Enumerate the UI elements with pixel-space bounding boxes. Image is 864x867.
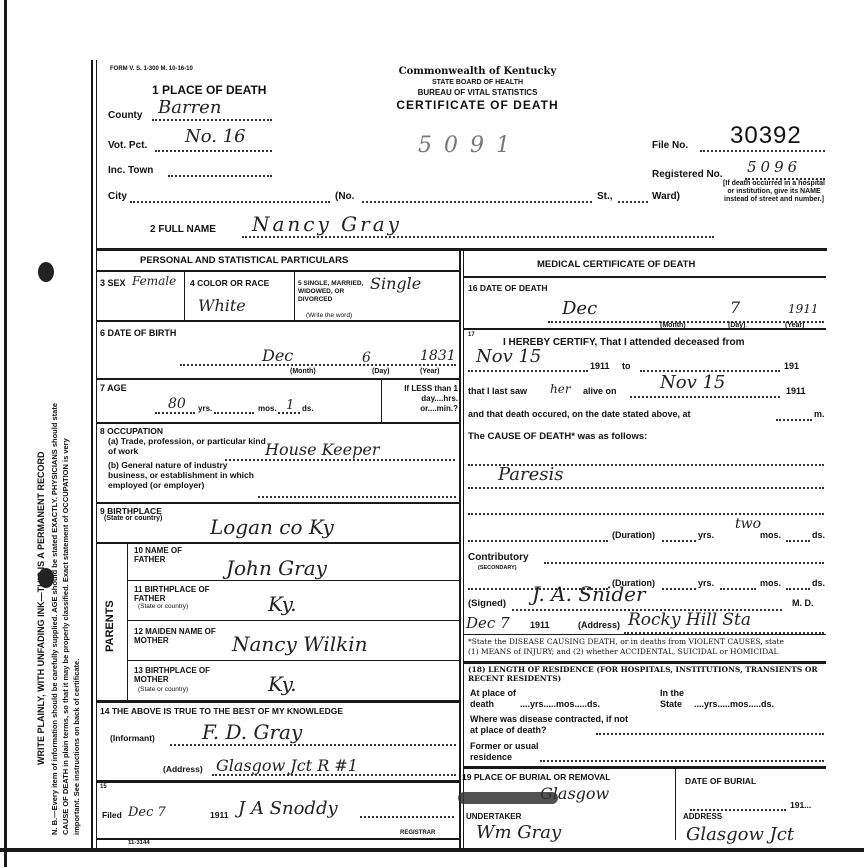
- contributory-label: Contributory: [468, 552, 529, 563]
- commonwealth-heading: Commonwealth of Kentucky: [380, 66, 575, 77]
- form-bottom-border: [0, 848, 864, 852]
- vot-pct-field[interactable]: No. 16: [155, 134, 272, 152]
- left-edge-line: [4, 0, 7, 867]
- parents-bottom-rule: [97, 700, 459, 703]
- cause-duration-label: (Duration): [612, 530, 655, 540]
- age-yrs-label: yrs.: [198, 404, 212, 413]
- vot-pct-label: Vot. Pct.: [108, 140, 147, 151]
- dob-field[interactable]: [180, 360, 456, 366]
- inc-town-field[interactable]: [168, 165, 272, 177]
- age-mos-field[interactable]: [214, 408, 254, 414]
- registered-no-value: 5096: [747, 158, 801, 176]
- dob-day-caption: (Day): [372, 368, 390, 375]
- medical-address-label: (Address): [578, 620, 620, 630]
- personal-heading: PERSONAL AND STATISTICAL PARTICULARS: [140, 255, 348, 266]
- filed-label: Filed: [102, 810, 122, 820]
- age-ds-label: ds.: [302, 404, 314, 413]
- contributory-yrs-field[interactable]: [662, 584, 696, 590]
- county-value: Barren: [158, 97, 221, 118]
- mother-name-rule: [128, 660, 459, 661]
- occupation-value: House Keeper: [265, 440, 379, 459]
- cause-duration-mos-label: mos.: [760, 530, 781, 540]
- undertaker-label: UNDERTAKER: [466, 812, 521, 821]
- header-state: Commonwealth of Kentucky STATE BOARD OF …: [380, 66, 575, 112]
- vot-pct-value: No. 16: [185, 126, 246, 147]
- marital-label: 5 SINGLE, MARRIED, WIDOWED, OR DIVORCED: [298, 280, 368, 304]
- full-name-value: Nancy Gray: [252, 212, 402, 236]
- column-divider-inner: [463, 251, 464, 848]
- registered-no-field[interactable]: 5096: [745, 164, 825, 180]
- dob-day: 6: [362, 350, 371, 366]
- burial-address-label: ADDRESS: [683, 812, 722, 821]
- in-state-units: ....yrs.....mos.....ds.: [694, 699, 774, 709]
- file-no-field[interactable]: 30392: [700, 130, 825, 152]
- cause-duration-ds-field[interactable]: [786, 536, 810, 542]
- informant-value: F. D. Gray: [202, 720, 302, 744]
- undertaker-value[interactable]: Wm Gray: [476, 822, 561, 843]
- burial-date-label: DATE OF BURIAL: [685, 776, 756, 786]
- occupation-row-rule: [97, 502, 459, 504]
- footnote-line-1: *State the DISEASE CAUSING DEATH, or in …: [468, 637, 784, 647]
- cause-heading: The CAUSE OF DEATH* was as follows:: [468, 431, 647, 442]
- father-name-label: 10 NAME OF FATHER: [134, 546, 204, 564]
- contributory-mos-field[interactable]: [720, 584, 756, 590]
- margin-note-line2: CAUSE OF DEATH in plain terms, so that i…: [61, 438, 70, 835]
- last-saw-date-value: Nov 15: [660, 372, 725, 393]
- registrar-label: REGISTRAR: [400, 830, 435, 836]
- street-label: St.,: [597, 191, 613, 202]
- hospital-note: [If death occurred in a hospital or inst…: [720, 180, 828, 204]
- form-left-border-inner: [96, 60, 97, 850]
- signed-bottom-rule: [464, 634, 826, 635]
- burial-place-label: 19 PLACE OF BURIAL OR REMOVAL: [462, 772, 610, 782]
- signed-label: (Signed): [468, 598, 506, 609]
- age-ds-value: 1: [286, 398, 294, 413]
- color-label: 4 COLOR OR RACE: [190, 278, 269, 288]
- age-yrs-value: 80: [168, 396, 186, 412]
- cause-duration-ds-label: ds.: [812, 530, 825, 540]
- city-label: City: [108, 191, 127, 202]
- margin-note-line1: N. B.—Every item of information should b…: [50, 403, 59, 835]
- file-no-value: 30392: [730, 122, 802, 149]
- cause-duration-yrs-field[interactable]: [662, 536, 696, 542]
- punch-hole: [38, 568, 54, 588]
- certify-number: 17: [468, 332, 475, 338]
- informant-address-label: (Address): [163, 764, 203, 774]
- death-time-field[interactable]: [776, 415, 812, 421]
- secondary-label: (SECONDARY): [478, 565, 517, 571]
- registrar-signature[interactable]: J A Snoddy: [238, 798, 338, 819]
- color-value[interactable]: White: [198, 296, 246, 315]
- margin-note-line3: important. See instructions on back of c…: [72, 659, 81, 835]
- alive-on-label: alive on: [583, 386, 617, 396]
- dob-year: 1831: [420, 348, 456, 364]
- father-birthplace-hint: (State or country): [138, 603, 188, 610]
- full-name-label: 2 FULL NAME: [150, 224, 216, 235]
- last-saw-year: 1911: [786, 386, 806, 396]
- date-of-death-label: 16 DATE OF DEATH: [468, 283, 548, 293]
- former-residence-field[interactable]: [540, 756, 824, 762]
- at-place-units: ....yrs.....mos.....ds.: [520, 699, 600, 709]
- contributory-mos-label: mos.: [760, 578, 781, 588]
- cause-duration-mos-value[interactable]: two: [735, 516, 761, 532]
- name-divider: [97, 248, 827, 251]
- city-field[interactable]: [130, 191, 330, 203]
- medical-heading: MEDICAL CERTIFICATE OF DEATH: [537, 259, 695, 270]
- signed-year: 1911: [530, 620, 550, 630]
- ward-field[interactable]: [618, 191, 648, 203]
- board-of-health: STATE BOARD OF HEALTH: [380, 79, 575, 86]
- place-of-death-heading: 1 PLACE OF DEATH: [152, 83, 266, 97]
- informant-label: (Informant): [110, 733, 155, 743]
- contributory-ds-field[interactable]: [786, 584, 810, 590]
- bureau-vital-statistics: BUREAU OF VITAL STATISTICS: [380, 88, 575, 97]
- medical-address-value: Rocky Hill Sta: [628, 610, 751, 630]
- dob-month-caption: (Month): [290, 368, 316, 375]
- contributory-ds-label: ds.: [812, 578, 825, 588]
- to-label: to: [622, 361, 631, 371]
- burial-date-year: 191...: [790, 800, 811, 810]
- contributory-yrs-label: yrs.: [698, 578, 714, 588]
- sex-value[interactable]: Female: [132, 274, 176, 288]
- column-divider: [459, 251, 461, 848]
- md-label: M. D.: [792, 598, 814, 608]
- mother-name-value[interactable]: Nancy Wilkin: [232, 632, 368, 656]
- residence-heading: (18) LENGTH OF RESIDENCE (FOR HOSPITALS,…: [468, 665, 824, 683]
- less-than-label: If LESS than 1 day....hrs. or....min.?: [386, 384, 458, 414]
- cause-footnote: *State the DISEASE CAUSING DEATH, or in …: [468, 637, 784, 657]
- mother-birthplace-value[interactable]: Ky.: [268, 672, 297, 696]
- inc-town-label: Inc. Town: [108, 165, 153, 176]
- attended-to-year: 191: [784, 361, 799, 371]
- informant-address-value: Glasgow Jct R #1: [216, 756, 358, 775]
- birthplace-value[interactable]: Logan co Ky: [210, 515, 334, 539]
- dod-year: 1911: [788, 302, 819, 316]
- parents-side-divider: [127, 544, 128, 700]
- burial-smudge: [458, 792, 558, 804]
- dob-label: 6 DATE OF BIRTH: [100, 328, 176, 338]
- mother-birthplace-hint: (State or country): [138, 686, 188, 693]
- father-name-rule: [128, 580, 459, 581]
- age-label: 7 AGE: [100, 383, 127, 393]
- dob-year-caption: (Year): [420, 368, 439, 375]
- occupation-label: 8 OCCUPATION: [100, 426, 163, 436]
- burial-date-field[interactable]: [690, 805, 786, 811]
- age-row-rule: [97, 422, 459, 424]
- file-no-label: File No.: [652, 140, 688, 151]
- father-birthplace-value[interactable]: Ky.: [268, 592, 297, 616]
- county-field[interactable]: Barren: [152, 103, 272, 121]
- cause-line-3[interactable]: [468, 509, 824, 515]
- dod-row-rule: [464, 328, 826, 330]
- father-name-value[interactable]: John Gray: [226, 556, 327, 580]
- dod-day: 7: [730, 298, 740, 317]
- residence-bottom-rule: [464, 766, 826, 769]
- certificate-title: CERTIFICATE OF DEATH: [380, 98, 575, 112]
- birthplace-hint: (State or country): [104, 515, 162, 522]
- marital-value[interactable]: Single: [370, 274, 421, 293]
- informant-statement: 14 THE ABOVE IS TRUE TO THE BEST OF MY K…: [100, 706, 343, 716]
- mother-birthplace-label: 13 BIRTHPLACE OF MOTHER: [134, 666, 224, 684]
- signed-value: J. A. Snider: [532, 582, 646, 606]
- signed-date[interactable]: Dec 7: [466, 614, 510, 632]
- footnote-line-2: (1) MEANS of INJURY; and (2) whether ACC…: [468, 647, 784, 657]
- dod-month: Dec: [562, 298, 597, 319]
- age-mos-label: mos.: [258, 404, 277, 413]
- footer-code: 11-3144: [128, 840, 150, 846]
- contracted-field[interactable]: [596, 729, 824, 735]
- filed-year: 1911: [210, 810, 228, 820]
- parents-side-label: PARENTS: [104, 600, 116, 652]
- street-no-label: (No.: [335, 191, 354, 202]
- stamp-number: 5091: [418, 133, 522, 158]
- at-place-label: At place of death: [470, 688, 520, 710]
- burial-date-divider: [675, 768, 676, 840]
- m-label: m.: [814, 409, 825, 419]
- filed-date[interactable]: Dec 7: [128, 805, 166, 820]
- cause-duration-yrs-label: yrs.: [698, 530, 714, 540]
- punch-hole: [38, 262, 54, 282]
- occupation-b-field[interactable]: [258, 492, 456, 498]
- county-label: County: [108, 110, 142, 121]
- occupation-b-label: (b) General nature of industry business,…: [108, 460, 266, 490]
- father-birthplace-label: 11 BIRTHPLACE OF FATHER: [134, 585, 224, 603]
- dob-month: Dec: [262, 346, 293, 365]
- mother-name-label: 12 MAIDEN NAME OF MOTHER: [134, 627, 224, 645]
- filed-number: 15: [100, 784, 107, 790]
- father-birthplace-rule: [128, 620, 459, 621]
- full-name-field[interactable]: Nancy Gray: [242, 222, 714, 238]
- occupation-a-label: (a) Trade, profession, or particular kin…: [108, 436, 268, 456]
- sex-label: 3 SEX: [100, 278, 126, 288]
- color-marital-divider: [294, 272, 295, 320]
- form-left-border: [91, 60, 93, 850]
- filed-bottom-rule: [97, 838, 459, 840]
- medical-heading-rule: [464, 276, 826, 278]
- form-number: FORM V. S. 1-300 M. 10-16-10: [110, 66, 193, 72]
- birthplace-row-rule: [97, 542, 459, 544]
- dob-row-rule: [97, 378, 459, 380]
- margin-permanent-record-text: WRITE PLAINLY, WITH UNFADING INK—THIS IS…: [36, 451, 46, 765]
- attended-from-year: 1911: [590, 361, 610, 371]
- sex-row-rule: [97, 320, 459, 322]
- street-field[interactable]: [362, 191, 592, 203]
- registered-no-label: Registered No.: [652, 169, 723, 180]
- sex-color-divider: [184, 272, 185, 320]
- cause-value: Paresis: [498, 464, 564, 485]
- registrar-field: [360, 812, 454, 818]
- age-less-divider: [381, 380, 382, 422]
- ward-label: Ward): [652, 191, 680, 202]
- last-saw-pronoun[interactable]: her: [550, 382, 571, 396]
- personal-heading-rule: [97, 270, 459, 272]
- attended-from-value: Nov 15: [476, 346, 541, 367]
- death-occurred-text: and that death occured, on the date stat…: [468, 409, 691, 419]
- cause-line-4[interactable]: [468, 536, 608, 542]
- contributory-field[interactable]: [544, 558, 824, 564]
- burial-address-value[interactable]: Glasgow Jct: [686, 824, 794, 845]
- last-saw-prefix: that I last saw: [468, 386, 527, 396]
- footnote-bottom-rule: [464, 661, 826, 664]
- informant-bottom-rule: [97, 780, 459, 783]
- marital-hint: (Write the word): [306, 312, 352, 319]
